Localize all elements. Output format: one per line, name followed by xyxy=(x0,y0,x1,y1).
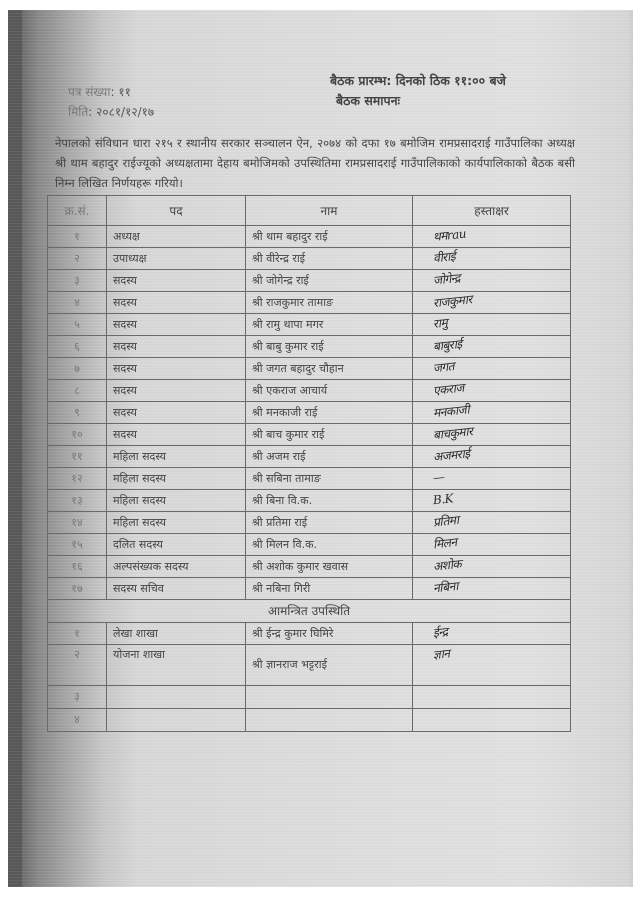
signature-cell: बाबुराई xyxy=(413,336,571,358)
table-row: ५सदस्यश्री रामु थापा मगररामु xyxy=(48,314,571,336)
handwritten-signature: बाचकुमार xyxy=(418,424,473,446)
handwritten-signature: मिलन xyxy=(418,534,457,556)
invited-heading: आमन्त्रित उपस्थिति xyxy=(48,600,571,623)
signature-cell xyxy=(413,686,571,709)
name-cell: श्री नबिना गिरी xyxy=(246,578,413,600)
handwritten-signature: जगत xyxy=(418,358,455,380)
name-cell: श्री अशोक कुमार खवास xyxy=(246,556,413,578)
signature-cell: जोगेन्द्र xyxy=(413,270,571,292)
meeting-time-block: बैठक प्रारम्भ: दिनको ठिक ११:०० बजे बैठक … xyxy=(330,71,506,111)
post-cell: महिला सदस्य xyxy=(107,446,246,468)
serial-number: १३ xyxy=(48,490,107,512)
invited-row: २योजना शाखाश्री ज्ञानराज भट्टराईज्ञान xyxy=(48,645,571,686)
signature-cell: ईन्द्र xyxy=(413,623,571,645)
signature-cell: मिलन xyxy=(413,534,571,556)
date-label: मिति xyxy=(68,105,88,119)
post-cell: योजना शाखा xyxy=(107,645,246,686)
handwritten-signature: मनकाजी xyxy=(418,402,470,424)
name-cell: श्री ज्ञानराज भट्टराई xyxy=(246,645,413,686)
signature-cell: अशोक xyxy=(413,556,571,578)
handwritten-signature: — xyxy=(418,468,445,490)
name-cell: श्री सबिना तामाङ xyxy=(246,468,413,490)
signature-cell: मनकाजी xyxy=(413,402,571,424)
table-header-row: क्र.सं. पद नाम हस्ताक्षर xyxy=(48,196,571,226)
intro-paragraph: नेपालको संविधान धारा २१५ र स्थानीय सरकार… xyxy=(55,133,575,193)
table-row: २उपाध्यक्षश्री वीरेन्द्र राईवीराई xyxy=(48,248,571,270)
serial-number: ४ xyxy=(48,292,107,314)
ref-value: ११ xyxy=(118,85,130,99)
date-value: २०८१/१२/१७ xyxy=(96,105,154,119)
post-cell xyxy=(107,686,246,709)
serial-number: २ xyxy=(48,645,107,686)
signature-cell: — xyxy=(413,468,571,490)
reference-block: पत्र संख्या: ११ मिति: २०८१/१२/१७ xyxy=(68,82,154,122)
table-row: १०सदस्यश्री बाच कुमार राईबाचकुमार xyxy=(48,424,571,446)
signature-cell: नबिना xyxy=(413,578,571,600)
handwritten-signature: B.K xyxy=(418,490,454,512)
post-cell: सदस्य xyxy=(107,380,246,402)
attendance-table: क्र.सं. पद नाम हस्ताक्षर १अध्यक्षश्री था… xyxy=(47,195,571,732)
col-header-sn: क्र.सं. xyxy=(48,196,107,226)
invited-row: ४ xyxy=(48,709,571,732)
table-row: ९सदस्यश्री मनकाजी राईमनकाजी xyxy=(48,402,571,424)
serial-number: ५ xyxy=(48,314,107,336)
meeting-start: बैठक प्रारम्भ: दिनको ठिक ११:०० बजे xyxy=(330,71,506,91)
signature-cell: थमrau xyxy=(413,226,571,248)
attendance-rows: १अध्यक्षश्री थाम बहादुर राईथमrau२उपाध्यक… xyxy=(48,226,571,732)
post-cell: लेखा शाखा xyxy=(107,623,246,645)
post-cell: सदस्य xyxy=(107,424,246,446)
signature-cell: बाचकुमार xyxy=(413,424,571,446)
ref-label: पत्र संख्या xyxy=(68,85,110,99)
signature-cell: अजमराई xyxy=(413,446,571,468)
col-header-signature: हस्ताक्षर xyxy=(413,196,571,226)
post-cell xyxy=(107,709,246,732)
handwritten-signature: राजकुमार xyxy=(418,292,473,314)
serial-number: २ xyxy=(48,248,107,270)
post-cell: सदस्य xyxy=(107,292,246,314)
name-cell: श्री थाम बहादुर राई xyxy=(246,226,413,248)
table-row: ११महिला सदस्यश्री अजम राईअजमराई xyxy=(48,446,571,468)
handwritten-signature: प्रतिमा xyxy=(418,512,459,534)
serial-number: ९ xyxy=(48,402,107,424)
name-cell: श्री अजम राई xyxy=(246,446,413,468)
post-cell: सदस्य xyxy=(107,336,246,358)
handwritten-signature: अजमराई xyxy=(418,446,470,468)
serial-number: ४ xyxy=(48,709,107,732)
handwritten-signature xyxy=(419,699,433,700)
post-cell: महिला सदस्य xyxy=(107,490,246,512)
post-cell: सदस्य xyxy=(107,270,246,292)
table-row: ३सदस्यश्री जोगेन्द्र राईजोगेन्द्र xyxy=(48,270,571,292)
name-cell: श्री बाबु कुमार राई xyxy=(246,336,413,358)
signature-cell: रामु xyxy=(413,314,571,336)
table-row: १७सदस्य सचिवश्री नबिना गिरीनबिना xyxy=(48,578,571,600)
table-row: १२महिला सदस्यश्री सबिना तामाङ— xyxy=(48,468,571,490)
serial-number: ६ xyxy=(48,336,107,358)
serial-number: १ xyxy=(48,623,107,645)
serial-number: ३ xyxy=(48,686,107,709)
signature-cell: B.K xyxy=(413,490,571,512)
name-cell: श्री जोगेन्द्र राई xyxy=(246,270,413,292)
name-cell xyxy=(246,709,413,732)
name-cell xyxy=(246,686,413,709)
table-row: १४महिला सदस्यश्री प्रतिमा राईप्रतिमा xyxy=(48,512,571,534)
name-cell: श्री प्रतिमा राई xyxy=(246,512,413,534)
post-cell: दलित सदस्य xyxy=(107,534,246,556)
post-cell: महिला सदस्य xyxy=(107,512,246,534)
signature-cell: प्रतिमा xyxy=(413,512,571,534)
table-row: १अध्यक्षश्री थाम बहादुर राईथमrau xyxy=(48,226,571,248)
post-cell: सदस्य xyxy=(107,314,246,336)
name-cell: श्री एकराज आचार्य xyxy=(246,380,413,402)
handwritten-signature: जोगेन्द्र xyxy=(418,270,461,292)
name-cell: श्री वीरेन्द्र राई xyxy=(246,248,413,270)
name-cell: श्री बिना वि.क. xyxy=(246,490,413,512)
serial-number: १२ xyxy=(48,468,107,490)
handwritten-signature: ज्ञान xyxy=(418,645,450,667)
serial-number: १७ xyxy=(48,578,107,600)
invited-row: ३ xyxy=(48,686,571,709)
name-cell: श्री रामु थापा मगर xyxy=(246,314,413,336)
meeting-end: बैठक समापनः xyxy=(330,91,506,111)
post-cell: अल्पसंख्यक सदस्य xyxy=(107,556,246,578)
table-row: ४सदस्यश्री राजकुमार तामाङराजकुमार xyxy=(48,292,571,314)
invited-heading-row: आमन्त्रित उपस्थिति xyxy=(48,600,571,623)
invited-row: १लेखा शाखाश्री ईन्द्र कुमार घिमिरेईन्द्र xyxy=(48,623,571,645)
handwritten-signature: ईन्द्र xyxy=(418,623,448,645)
table-row: ७सदस्यश्री जगत बहादुर चौहानजगत xyxy=(48,358,571,380)
handwritten-signature: अशोक xyxy=(418,556,462,578)
signature-cell: राजकुमार xyxy=(413,292,571,314)
name-cell: श्री जगत बहादुर चौहान xyxy=(246,358,413,380)
serial-number: ३ xyxy=(48,270,107,292)
name-cell: श्री बाच कुमार राई xyxy=(246,424,413,446)
serial-number: ७ xyxy=(48,358,107,380)
post-cell: महिला सदस्य xyxy=(107,468,246,490)
handwritten-signature: वीराई xyxy=(418,248,456,270)
handwritten-signature: रामु xyxy=(418,314,448,336)
table-row: ६सदस्यश्री बाबु कुमार राईबाबुराई xyxy=(48,336,571,358)
table-row: ८सदस्यश्री एकराज आचार्यएकराज xyxy=(48,380,571,402)
post-cell: सदस्य xyxy=(107,358,246,380)
signature-cell: जगत xyxy=(413,358,571,380)
serial-number: १ xyxy=(48,226,107,248)
handwritten-signature xyxy=(419,722,433,723)
serial-number: ८ xyxy=(48,380,107,402)
post-cell: सदस्य xyxy=(107,402,246,424)
table-row: १३महिला सदस्यश्री बिना वि.क.B.K xyxy=(48,490,571,512)
table-row: १६अल्पसंख्यक सदस्यश्री अशोक कुमार खवासअश… xyxy=(48,556,571,578)
handwritten-signature: एकराज xyxy=(418,380,465,402)
col-header-name: नाम xyxy=(246,196,413,226)
serial-number: १६ xyxy=(48,556,107,578)
signature-cell: वीराई xyxy=(413,248,571,270)
post-cell: उपाध्यक्ष xyxy=(107,248,246,270)
name-cell: श्री ईन्द्र कुमार घिमिरे xyxy=(246,623,413,645)
signature-cell xyxy=(413,709,571,732)
post-cell: अध्यक्ष xyxy=(107,226,246,248)
serial-number: १५ xyxy=(48,534,107,556)
serial-number: ११ xyxy=(48,446,107,468)
post-cell: सदस्य सचिव xyxy=(107,578,246,600)
table-row: १५दलित सदस्यश्री मिलन वि.क.मिलन xyxy=(48,534,571,556)
serial-number: १४ xyxy=(48,512,107,534)
name-cell: श्री मिलन वि.क. xyxy=(246,534,413,556)
name-cell: श्री मनकाजी राई xyxy=(246,402,413,424)
handwritten-signature: नबिना xyxy=(418,578,459,600)
name-cell: श्री राजकुमार तामाङ xyxy=(246,292,413,314)
signature-cell: ज्ञान xyxy=(413,645,571,686)
signature-cell: एकराज xyxy=(413,380,571,402)
col-header-post: पद xyxy=(107,196,246,226)
serial-number: १० xyxy=(48,424,107,446)
handwritten-signature: बाबुराई xyxy=(418,336,463,358)
handwritten-signature: थमrau xyxy=(418,226,467,248)
